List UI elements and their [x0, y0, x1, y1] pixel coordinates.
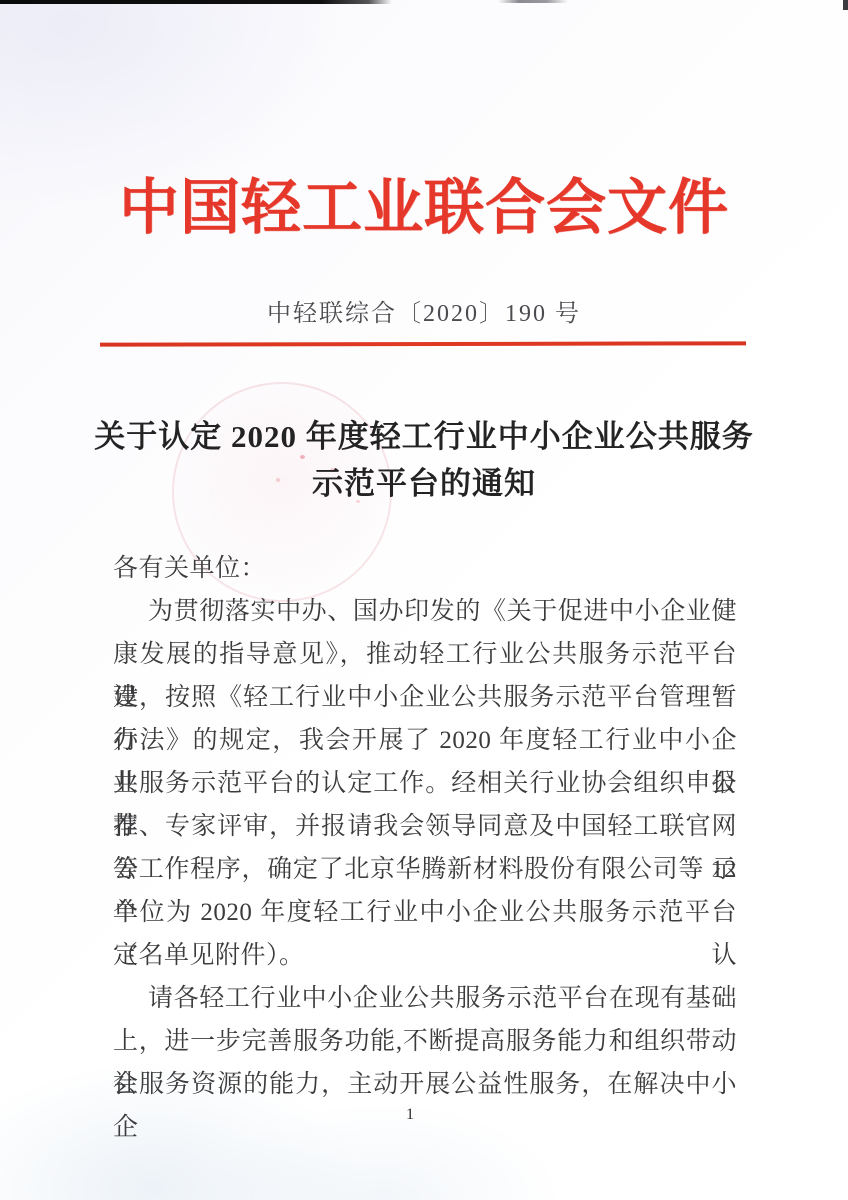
body-line: 为贯彻落实中办、国办印发的《关于促进中小企业健 [113, 590, 737, 633]
document-title-line1: 关于认定 2020 年度轻工行业中小企业公共服务 [94, 419, 754, 454]
body-line: 康发展的指导意见》，推动轻工行业公共服务示范平台建 [113, 633, 737, 676]
document-title-line2: 示范平台的通知 [312, 466, 536, 501]
body-line: 各有关单位： [113, 547, 737, 590]
document-reference-number: 中轻联综合〔2020〕190 号 [0, 293, 848, 328]
body-text: 各有关单位：为贯彻落实中办、国办印发的《关于促进中小企业健康发展的指导意见》，推… [113, 547, 737, 1106]
body-line: 设，按照《轻工行业中小企业公共服务示范平台管理暂行 [113, 676, 737, 719]
body-line: 会服务资源的能力，主动开展公益性服务，在解决中小企 [113, 1063, 737, 1106]
scanner-edge-artifact [0, 0, 392, 4]
scanner-corner-artifact [843, 0, 848, 10]
body-line: 荐、专家评审，并报请我会领导同意及中国轻工联官网公示 [113, 805, 737, 848]
body-line: 办法》的规定，我会开展了 2020 年度轻工行业中小企业公 [113, 719, 737, 762]
body-line: 请各轻工行业中小企业公共服务示范平台在现有基础 [113, 977, 737, 1020]
page-number: 1 [0, 1106, 820, 1124]
body-line: 等工作程序，确定了北京华腾新材料股份有限公司等 12 个 [113, 848, 737, 891]
document-title: 关于认定 2020 年度轻工行业中小企业公共服务示范平台的通知 [64, 413, 784, 507]
scanned-document-page: 中国轻工业联合会文件 中轻联综合〔2020〕190 号 关于认定 2020 年度… [0, 0, 848, 1200]
letterhead-red-rule [100, 341, 746, 346]
scanner-edge-artifact [498, 0, 568, 3]
body-line: 上，进一步完善服务功能,不断提高服务能力和组织带动社 [113, 1020, 737, 1063]
letterhead-org-title: 中国轻工业联合会文件 [0, 160, 848, 246]
body-line: 共服务示范平台的认定工作。经相关行业协会组织申报推 [113, 762, 737, 805]
body-line: 单位为 2020 年度轻工行业中小企业公共服务示范平台（认 [113, 891, 737, 934]
